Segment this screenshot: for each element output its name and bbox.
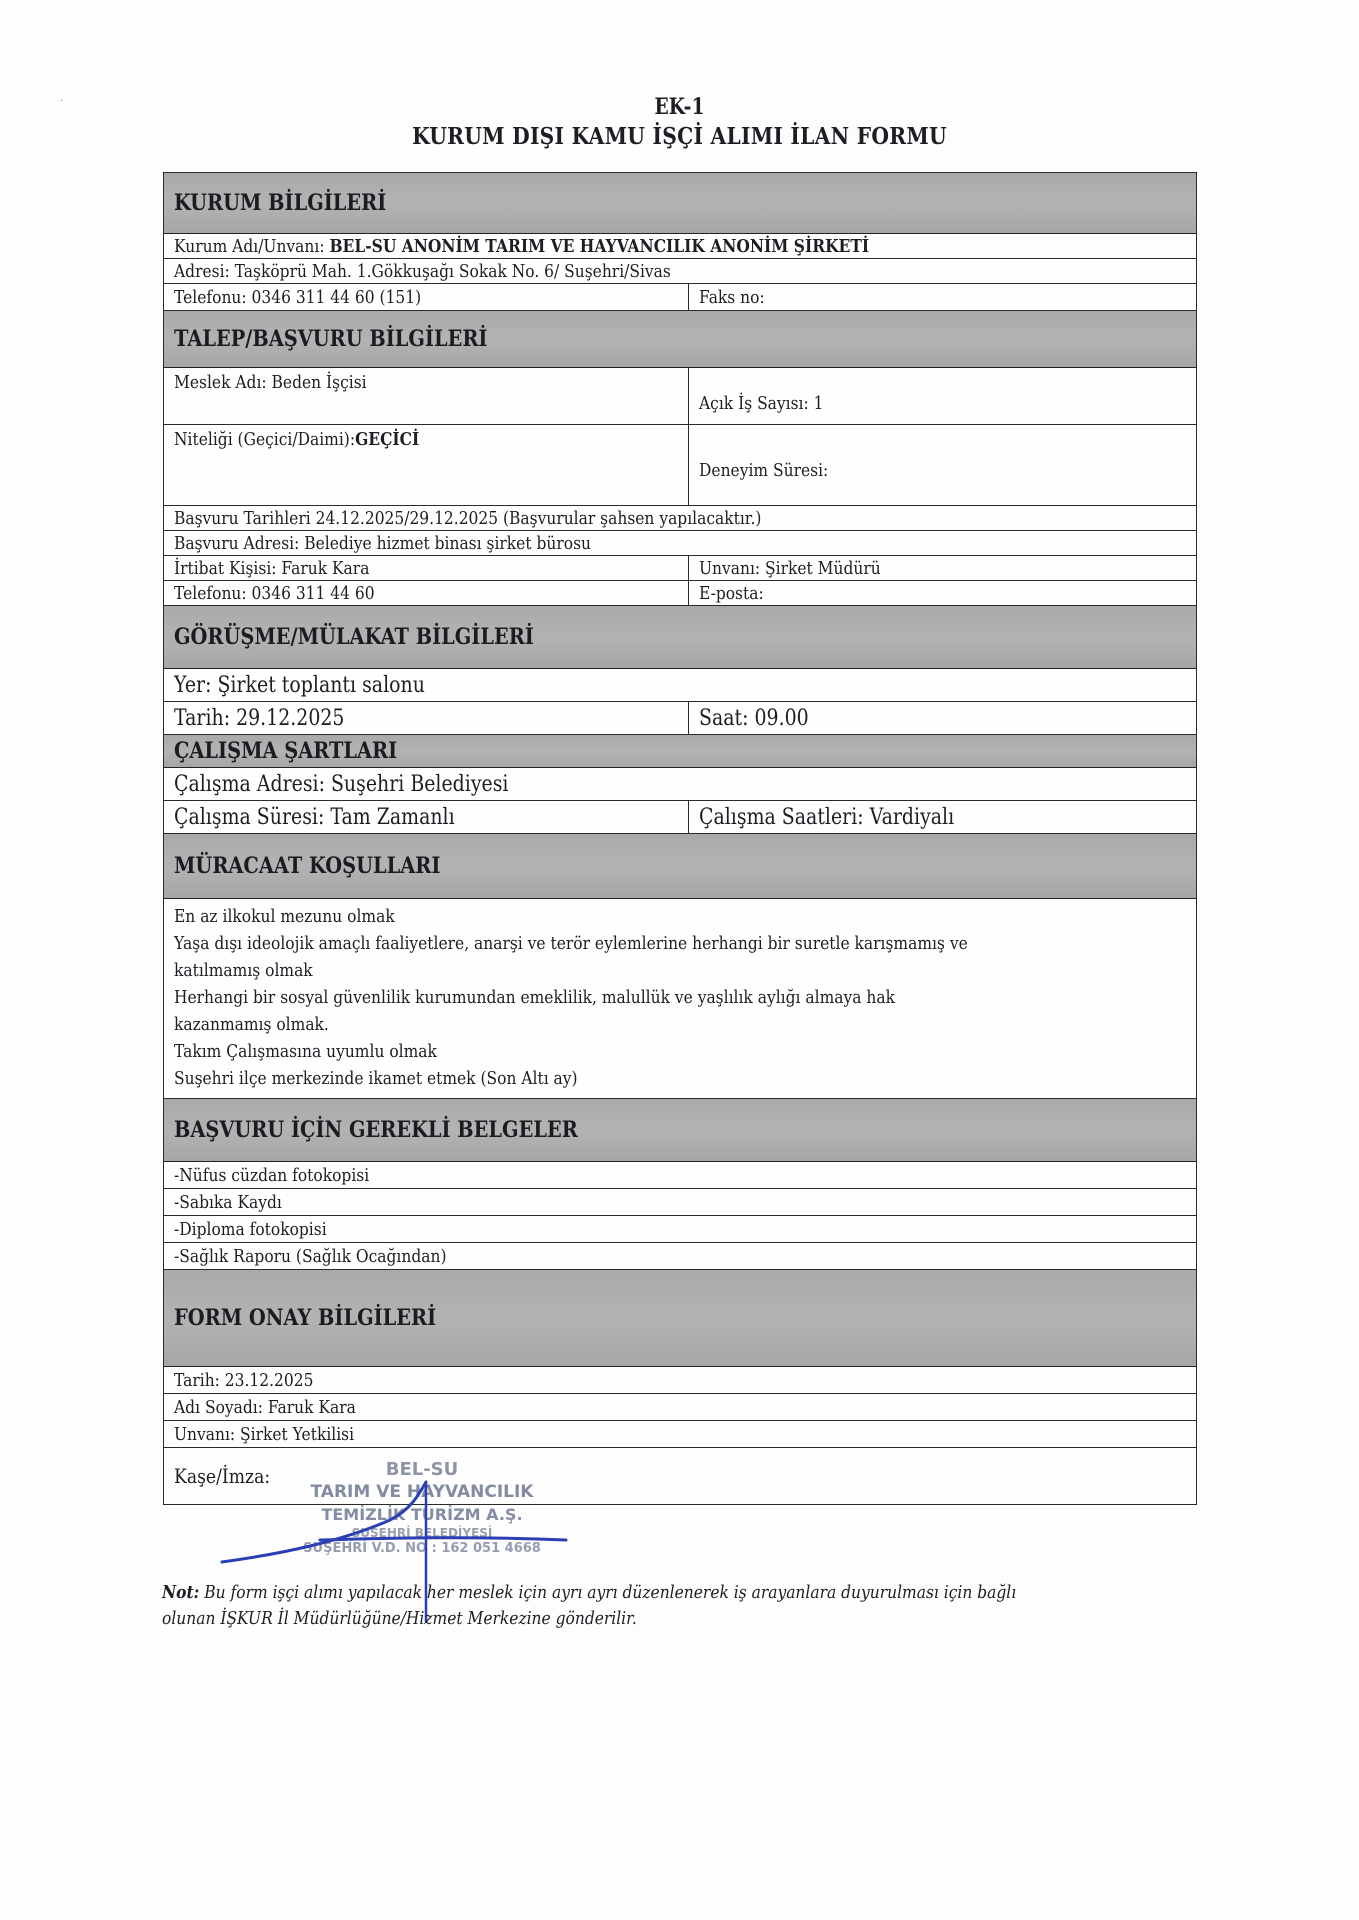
nature-label: Niteliği (Geçici/Daimi): <box>174 429 355 450</box>
footnote: Not: Bu form işçi alımı yapılacak her me… <box>162 1580 1222 1632</box>
annex-label: EK-1 <box>102 92 1257 122</box>
document-item: -Sabıka Kaydı <box>174 1192 282 1213</box>
section-gorusme-heading: GÖRÜŞME/MÜLAKAT BİLGİLERİ <box>164 606 1196 669</box>
approval-date: Tarih: 23.12.2025 <box>174 1370 313 1391</box>
section-belgeler-heading: BAŞVURU İÇİN GEREKLİ BELGELER <box>164 1099 1196 1162</box>
kurum-address-row: Adresi: Taşköprü Mah. 1.Gökkuşağı Sokak … <box>164 259 1196 284</box>
interview-place-row: Yer: Şirket toplantı salonu <box>164 669 1196 702</box>
work-address-row: Çalışma Adresi: Suşehri Belediyesi <box>164 768 1196 801</box>
section-calisma-heading: ÇALIŞMA ŞARTLARI <box>164 735 1196 768</box>
document-row: -Sabıka Kaydı <box>164 1189 1196 1216</box>
work-hours: Çalışma Saatleri: Vardiyalı <box>699 805 954 830</box>
section-onay-heading: FORM ONAY BİLGİLERİ <box>164 1270 1196 1367</box>
occupation: Meslek Adı: Beden İşçisi <box>174 372 367 393</box>
footnote-text: Bu form işçi alımı yapılacak her meslek … <box>199 1582 1016 1603</box>
approval-name: Adı Soyadı: Faruk Kara <box>174 1397 356 1418</box>
section-kurum-heading: KURUM BİLGİLERİ <box>164 173 1196 234</box>
requirement-item: katılmamış olmak <box>174 957 1184 984</box>
work-address: Çalışma Adresi: Suşehri Belediyesi <box>174 772 508 797</box>
kurum-phone-row: Telefonu: 0346 311 44 60 (151) Faks no: <box>164 284 1196 311</box>
talep-phone-row: Telefonu: 0346 311 44 60 E-posta: <box>164 581 1196 606</box>
talep-contact-row: İrtibat Kişisi: Faruk Kara Unvanı: Şirke… <box>164 556 1196 581</box>
application-address: Başvuru Adresi: Belediye hizmet binası ş… <box>174 533 591 554</box>
page-title: KURUM DIŞI KAMU İŞÇİ ALIMI İLAN FORMU <box>82 122 1278 152</box>
document-item: -Sağlık Raporu (Sağlık Ocağından) <box>174 1246 446 1267</box>
kurum-address: Adresi: Taşköprü Mah. 1.Gökkuşağı Sokak … <box>174 261 671 282</box>
requirement-item: Suşehri ilçe merkezinde ikamet etmek (So… <box>174 1065 1184 1092</box>
contact-person: İrtibat Kişisi: Faruk Kara <box>174 558 369 579</box>
document-title-block: EK-1 KURUM DIŞI KAMU İŞÇİ ALIMI İLAN FOR… <box>0 92 1359 152</box>
talep-dates-row: Başvuru Tarihleri 24.12.2025/29.12.2025 … <box>164 506 1196 531</box>
document-item: -Diploma fotokopisi <box>174 1219 327 1240</box>
experience: Deneyim Süresi: <box>699 460 828 481</box>
approval-title: Unvanı: Şirket Yetkilisi <box>174 1424 354 1445</box>
kurum-phone: Telefonu: 0346 311 44 60 (151) <box>174 287 421 308</box>
section-talep-heading: TALEP/BAŞVURU BİLGİLERİ <box>164 311 1196 368</box>
requirement-item: kazanmamış olmak. <box>174 1011 1184 1038</box>
approval-name-row: Adı Soyadı: Faruk Kara <box>164 1394 1196 1421</box>
interview-date: Tarih: 29.12.2025 <box>174 706 344 731</box>
interview-time: Saat: 09.00 <box>699 706 809 731</box>
application-dates: Başvuru Tarihleri 24.12.2025/29.12.2025 … <box>174 508 761 529</box>
contact-email: E-posta: <box>699 583 764 604</box>
requirement-item: Yaşa dışı ideolojik amaçlı faaliyetlere,… <box>174 930 1184 957</box>
contact-phone: Telefonu: 0346 311 44 60 <box>174 583 375 604</box>
section-muracaat-heading: MÜRACAAT KOŞULLARI <box>164 834 1196 899</box>
approval-title-row: Unvanı: Şirket Yetkilisi <box>164 1421 1196 1448</box>
kurum-fax: Faks no: <box>699 287 765 308</box>
document-row: -Diploma fotokopisi <box>164 1216 1196 1243</box>
kurum-name-value: BEL-SU ANONİM TARIM VE HAYVANCILIK ANONİ… <box>329 236 869 257</box>
work-duration: Çalışma Süresi: Tam Zamanlı <box>174 805 455 830</box>
requirement-item: Takım Çalışmasına uyumlu olmak <box>174 1038 1184 1065</box>
open-jobs: Açık İş Sayısı: 1 <box>699 393 823 414</box>
approval-date-row: Tarih: 23.12.2025 <box>164 1367 1196 1394</box>
kurum-name-label: Kurum Adı/Unvanı: <box>174 236 329 257</box>
kurum-name-row: Kurum Adı/Unvanı: BEL-SU ANONİM TARIM VE… <box>164 234 1196 259</box>
talep-occupation-row: Meslek Adı: Beden İşçisi Açık İş Sayısı:… <box>164 368 1196 425</box>
job-posting-form: KURUM BİLGİLERİ Kurum Adı/Unvanı: BEL-SU… <box>163 172 1197 1505</box>
requirement-item: En az ilkokul mezunu olmak <box>174 903 1184 930</box>
talep-address-row: Başvuru Adresi: Belediye hizmet binası ş… <box>164 531 1196 556</box>
requirements-list: En az ilkokul mezunu olmak Yaşa dışı ide… <box>164 899 1196 1099</box>
interview-date-row: Tarih: 29.12.2025 Saat: 09.00 <box>164 702 1196 735</box>
nature-value: GEÇİCİ <box>355 429 419 450</box>
talep-nature-row: Niteliği (Geçici/Daimi):GEÇİCİ Deneyim S… <box>164 425 1196 506</box>
requirement-item: Herhangi bir sosyal güvenlilik kurumunda… <box>174 984 1184 1011</box>
document-row: -Nüfus cüzdan fotokopisi <box>164 1162 1196 1189</box>
document-item: -Nüfus cüzdan fotokopisi <box>174 1165 369 1186</box>
footnote-text-2: olunan İŞKUR İl Müdürlüğüne/Hizmet Merke… <box>162 1606 1229 1632</box>
document-row: -Sağlık Raporu (Sağlık Ocağından) <box>164 1243 1196 1270</box>
contact-title: Unvanı: Şirket Müdürü <box>699 558 881 579</box>
interview-place: Yer: Şirket toplantı salonu <box>174 673 425 698</box>
footnote-label: Not: <box>162 1582 199 1603</box>
work-duration-row: Çalışma Süresi: Tam Zamanlı Çalışma Saat… <box>164 801 1196 834</box>
